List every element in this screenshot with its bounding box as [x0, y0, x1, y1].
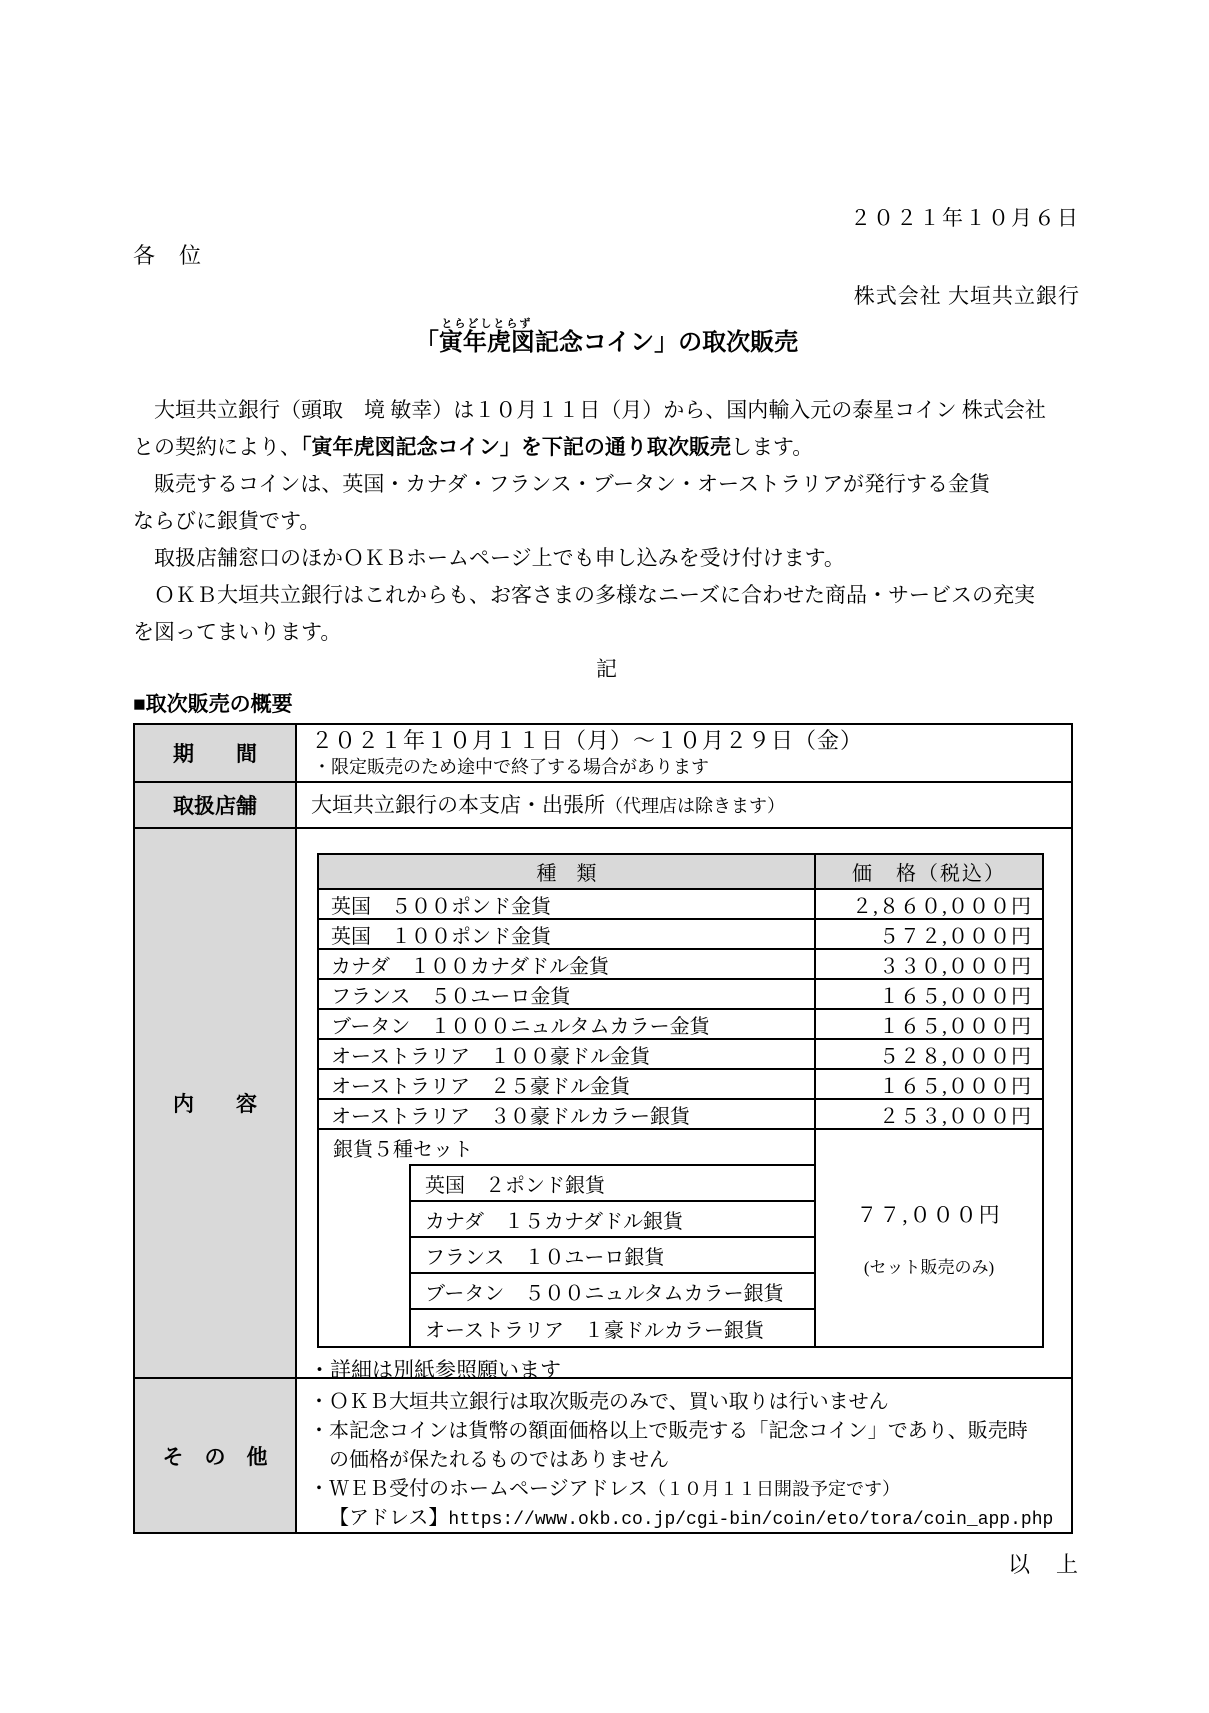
row-label-period: 期 間 — [135, 725, 297, 781]
set-member: オーストラリア １豪ドルカラー銀貨 — [411, 1310, 814, 1346]
contents-note: ・詳細は別紙参照願います — [297, 1348, 1071, 1382]
body-line: ならびに銀貨です。 — [133, 503, 1080, 540]
set-member: フランス １０ユーロ銀貨 — [411, 1238, 814, 1274]
coin-price: ３３０,０００円 — [816, 950, 1042, 978]
coin-price: ２５３,０００円 — [816, 1100, 1042, 1128]
set-price-note: (セット販売のみ) — [864, 1253, 994, 1278]
price-table-wrapper: 種 類 価 格（税込） 英国 ５００ポンド金貨 ２,８６０,０００円 英国 １０… — [297, 829, 1071, 1348]
table-row-period: 期 間 ２０２１年１０月１１日（月）～１０月２９日（金） ・限定販売のため途中で… — [135, 725, 1071, 783]
title-ruby: 寅年虎図とらどしとらず — [439, 329, 535, 356]
silver-set-kind-cell: 銀貨５種セット 英国 ２ポンド銀貨 カナダ １５カナダドル銀貨 フランス １０ユ… — [319, 1130, 816, 1346]
ki-marker: 記 — [133, 651, 1080, 688]
set-member: カナダ １５カナダドル銀貨 — [411, 1202, 814, 1238]
closing-marker: 以 上 — [133, 1550, 1080, 1580]
set-member: ブータン ５００ニュルタムカラー銀貨 — [411, 1274, 814, 1310]
other-note: ・ＷＥＢ受付のホームページアドレス（１０月１１日開設予定です） — [309, 1475, 1071, 1504]
body-line: を図ってまいります。 — [133, 614, 1080, 651]
price-table-row: フランス ５０ユーロ金貨 １６５,０００円 — [319, 980, 1042, 1010]
price-table-row: 英国 １００ポンド金貨 ５７２,０００円 — [319, 920, 1042, 950]
coin-name: ブータン １０００ニュルタムカラー金貨 — [319, 1010, 816, 1038]
body-line-segment: との契約により、 — [133, 435, 301, 459]
body-line: 取扱店舗窓口のほかＯＫＢホームページ上でも申し込みを受け付けます。 — [133, 540, 1080, 577]
contents-content: 種 類 価 格（税込） 英国 ５００ポンド金貨 ２,８６０,０００円 英国 １０… — [297, 829, 1071, 1377]
body-line: 販売するコインは、英国・カナダ・フランス・ブータン・オーストラリアが発行する金貨 — [133, 466, 1080, 503]
silver-set-name: 銀貨５種セット — [319, 1130, 814, 1164]
addressee: 各 位 — [133, 244, 1080, 268]
price-table-row: オーストラリア １００豪ドル金貨 ５２８,０００円 — [319, 1040, 1042, 1070]
company-name: 株式会社 大垣共立銀行 — [133, 284, 1080, 308]
set-member: 英国 ２ポンド銀貨 — [411, 1166, 814, 1202]
other-note: ・ＯＫＢ大垣共立銀行は取次販売のみで、買い取りは行いません — [309, 1388, 1071, 1417]
document-date: ２０２１年１０月６日 — [133, 206, 1080, 230]
address-url: https://www.okb.co.jp/cgi-bin/coin/eto/t… — [448, 1510, 1053, 1530]
silver-set-price-cell: ７７,０００円 (セット販売のみ) — [816, 1130, 1042, 1346]
price-table: 種 類 価 格（税込） 英国 ５００ポンド金貨 ２,８６０,０００円 英国 １０… — [317, 853, 1044, 1348]
coin-price: ５７２,０００円 — [816, 920, 1042, 948]
coin-price: ２,８６０,０００円 — [816, 890, 1042, 918]
stores-content: 大垣共立銀行の本支店・出張所（代理店は除きます） — [297, 783, 1071, 827]
coin-name: オーストラリア ３０豪ドルカラー銀貨 — [319, 1100, 816, 1128]
web-note-paren: （１０月１１日開設予定です） — [648, 1479, 900, 1499]
price-column-header: 価 格（税込） — [816, 855, 1042, 888]
coin-name: カナダ １００カナダドル金貨 — [319, 950, 816, 978]
coin-price: １６５,０００円 — [816, 1070, 1042, 1098]
overview-table: 期 間 ２０２１年１０月１１日（月）～１０月２９日（金） ・限定販売のため途中で… — [133, 723, 1073, 1534]
coin-price: １６５,０００円 — [816, 1010, 1042, 1038]
coin-price: ５２８,０００円 — [816, 1040, 1042, 1068]
silver-set-block: 銀貨５種セット 英国 ２ポンド銀貨 カナダ １５カナダドル銀貨 フランス １０ユ… — [319, 1130, 1042, 1346]
silver-set-members: 英国 ２ポンド銀貨 カナダ １５カナダドル銀貨 フランス １０ユーロ銀貨 ブータ… — [409, 1164, 814, 1346]
body-line: 大垣共立銀行（頭取 境 敏幸）は１０月１１日（月）から、国内輸入元の泰星コイン … — [133, 392, 1080, 429]
address-line: 【アドレス】https://www.okb.co.jp/cgi-bin/coin… — [309, 1504, 1071, 1535]
price-table-row: カナダ １００カナダドル金貨 ３３０,０００円 — [319, 950, 1042, 980]
row-label-other: そ の 他 — [135, 1379, 297, 1532]
title-ruby-base: 寅年虎図 — [439, 329, 535, 356]
press-release-document: ２０２１年１０月６日 各 位 株式会社 大垣共立銀行 「寅年虎図とらどしとらず記… — [0, 0, 1209, 1713]
price-table-row: オーストラリア ３０豪ドルカラー銀貨 ２５３,０００円 — [319, 1100, 1042, 1130]
document-title: 「寅年虎図とらどしとらず記念コイン」の取次販売 — [133, 318, 1080, 358]
row-label-contents: 内 容 — [135, 829, 297, 1377]
other-content: ・ＯＫＢ大垣共立銀行は取次販売のみで、買い取りは行いません ・本記念コインは貨幣… — [297, 1379, 1071, 1532]
coin-name: オーストラリア ２５豪ドル金貨 — [319, 1070, 816, 1098]
price-table-row: ブータン １０００ニュルタムカラー金貨 １６５,０００円 — [319, 1010, 1042, 1040]
body-line: との契約により、「寅年虎図記念コイン」を下記の通り取次販売します。 — [133, 429, 1080, 466]
period-content: ２０２１年１０月１１日（月）～１０月２９日（金） ・限定販売のため途中で終了する… — [297, 725, 1071, 781]
title-furigana: とらどしとらず — [439, 318, 535, 330]
price-table-row: 英国 ５００ポンド金貨 ２,８６０,０００円 — [319, 890, 1042, 920]
table-row-other: そ の 他 ・ＯＫＢ大垣共立銀行は取次販売のみで、買い取りは行いません ・本記念… — [135, 1379, 1071, 1532]
coin-name: 英国 ５００ポンド金貨 — [319, 890, 816, 918]
price-table-header-row: 種 類 価 格（税込） — [319, 855, 1042, 890]
body-text: 大垣共立銀行（頭取 境 敏幸）は１０月１１日（月）から、国内輸入元の泰星コイン … — [133, 392, 1080, 688]
coin-name: フランス ５０ユーロ金貨 — [319, 980, 816, 1008]
period-value: ２０２１年１０月１１日（月）～１０月２９日（金） — [297, 725, 1071, 754]
table-row-contents: 内 容 種 類 価 格（税込） 英国 ５００ポンド金貨 ２,８６０,０００円 — [135, 829, 1071, 1379]
stores-value: 大垣共立銀行の本支店・出張所（代理店は除きます） — [297, 783, 1071, 828]
title-open-quote: 「 — [415, 329, 439, 356]
set-price: ７７,０００円 — [856, 1199, 1001, 1229]
web-note-main: ・ＷＥＢ受付のホームページアドレス — [309, 1478, 648, 1500]
body-line-segment: します。 — [731, 435, 813, 459]
period-note: ・限定販売のため途中で終了する場合があります — [297, 754, 1071, 778]
section-heading: ■取次販売の概要 — [133, 693, 1080, 717]
coin-price: １６５,０００円 — [816, 980, 1042, 1008]
coin-name: オーストラリア １００豪ドル金貨 — [319, 1040, 816, 1068]
address-label: 【アドレス】 — [329, 1507, 448, 1529]
stores-value-main: 大垣共立銀行の本支店・出張所 — [311, 793, 605, 817]
body-line: ＯＫＢ大垣共立銀行はこれからも、お客さまの多様なニーズに合わせた商品・サービスの… — [133, 577, 1080, 614]
body-line-bold-segment: 「寅年虎図記念コイン」を下記の通り取次販売 — [301, 436, 731, 459]
row-label-stores: 取扱店舗 — [135, 783, 297, 827]
stores-value-note: （代理店は除きます） — [605, 796, 785, 816]
title-rest: 記念コイン」の取次販売 — [535, 329, 798, 356]
coin-name: 英国 １００ポンド金貨 — [319, 920, 816, 948]
other-note: ・本記念コインは貨幣の額面価格以上で販売する「記念コイン」であり、販売時 — [309, 1417, 1071, 1446]
price-table-row: オーストラリア ２５豪ドル金貨 １６５,０００円 — [319, 1070, 1042, 1100]
table-row-stores: 取扱店舗 大垣共立銀行の本支店・出張所（代理店は除きます） — [135, 783, 1071, 829]
kind-column-header: 種 類 — [319, 855, 816, 888]
other-note-continuation: の価格が保たれるものではありません — [309, 1446, 1071, 1475]
